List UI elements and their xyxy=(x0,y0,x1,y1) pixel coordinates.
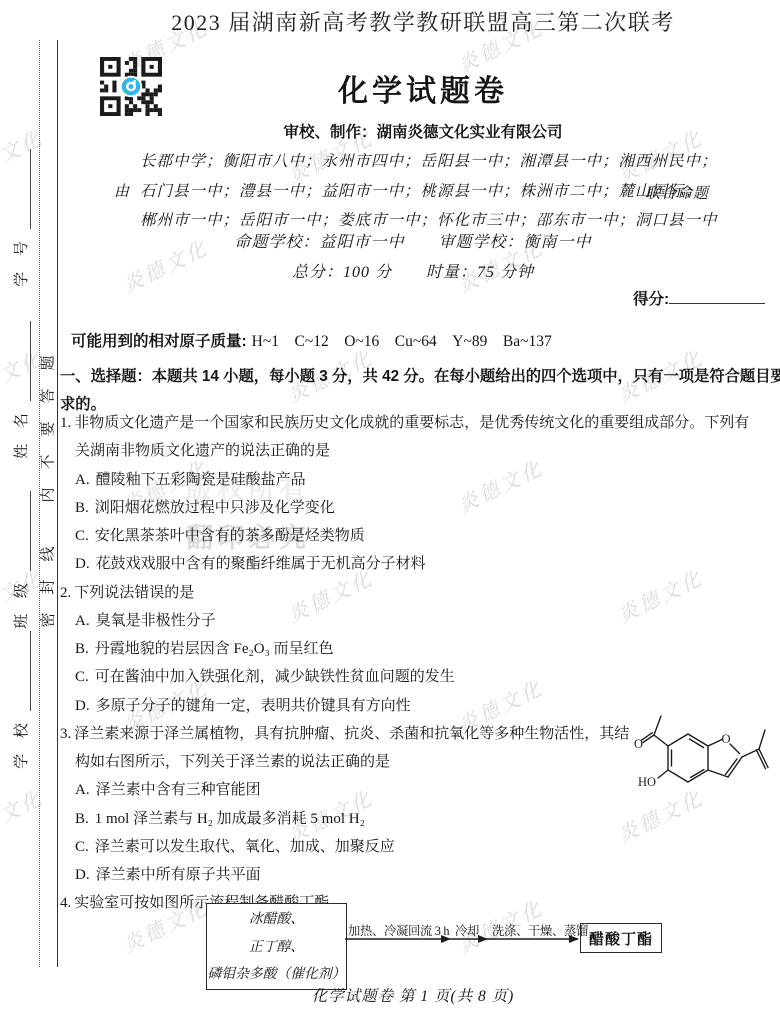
margin-field-label: 学 校 xyxy=(10,717,31,769)
score-field: 得分: xyxy=(633,287,765,309)
watermark-text: 炎德文化 xyxy=(0,782,48,848)
question-line: C.泽兰素可以发生取代、氧化、加成、加聚反应 xyxy=(60,836,395,858)
option-label: C. xyxy=(75,839,89,855)
question-number: 2. xyxy=(60,585,71,601)
option-label: A. xyxy=(75,472,90,488)
question-stem: 非物质文化遗产是一个国家和民族历史文化成就的重要标志，是优秀传统文化的重要组成部… xyxy=(74,415,749,431)
option-label: A. xyxy=(75,613,90,629)
question-line: D.多原子分子的键角一定，表明共价键具有方向性 xyxy=(60,695,411,717)
question-line: B.丹霞地貌的岩层因含 Fe₂O₃ 而呈红色 xyxy=(60,638,334,660)
question-line: A.醴陵釉下五彩陶瓷是硅酸盐产品 xyxy=(60,469,306,491)
question-line: A.泽兰素中含有三种官能团 xyxy=(60,779,261,801)
option-label: D. xyxy=(75,698,90,714)
margin-field-4: 学 校 xyxy=(11,625,31,775)
question-number: 1. xyxy=(60,415,71,431)
flow-step-label: 洗涤、干燥、蒸馏 xyxy=(492,921,588,939)
score-blank-line xyxy=(669,288,765,304)
option-label: B. xyxy=(75,811,89,827)
producer-line: 审校、制作：湖南炎德文化实业有限公司 xyxy=(70,120,776,142)
option-label: C. xyxy=(75,669,89,685)
margin-field-3: 班 级 xyxy=(11,485,31,635)
option-text: 花鼓戏戏服中含有的聚酯纤维属于无机高分子材料 xyxy=(96,556,426,572)
seal-dotted-line xyxy=(39,40,40,967)
question-line: D.泽兰素中所有原子共平面 xyxy=(60,864,261,886)
option-text: 泽兰素中所有原子共平面 xyxy=(96,867,261,883)
joint-proposition-label: 联合命题 xyxy=(645,182,709,203)
option-text: 臭氧是非极性分子 xyxy=(96,613,216,629)
option-label: C. xyxy=(75,528,89,544)
question-line: D.花鼓戏戏服中含有的聚酯纤维属于无机高分子材料 xyxy=(60,553,426,575)
exam-page: 炎德文化炎德文化炎德文化炎德文化炎德文化炎德文化炎德文化炎德文化炎德文化炎德文化… xyxy=(0,0,780,1015)
molecule-structure: O O HO xyxy=(633,701,778,825)
school-list: 长郡中学；衡阳市八中；永州市四中；岳阳县一中；湘潭县一中；湘西州民中；石门县一中… xyxy=(140,147,718,236)
option-label: D. xyxy=(75,867,90,883)
flow-input-line: 正丁醇、 xyxy=(249,933,304,961)
margin-field-label: 学 号 xyxy=(10,235,31,287)
flow-step-label: 冷却 xyxy=(455,921,479,939)
margin-field-2: 姓 名 xyxy=(11,315,31,465)
question-line: 3.泽兰素来源于泽兰属植物，具有抗肿瘤、抗炎、杀菌和抗氧化等多种生物活性，其结 xyxy=(60,723,629,745)
watermark-text: 炎德文化 xyxy=(452,452,547,518)
seal-instruction-upper: 内不要答题 xyxy=(37,337,58,502)
option-text: 安化黑茶茶叶中含有的茶多酚是烃类物质 xyxy=(95,528,365,544)
option-text: 醴陵釉下五彩陶瓷是硅酸盐产品 xyxy=(96,472,306,488)
atomic-mass-values: H~1 C~12 O~16 Cu~64 Y~89 Ba~137 xyxy=(252,333,552,350)
question-line: A.臭氧是非极性分子 xyxy=(60,610,216,632)
flow-input-box: 冰醋酸、正丁醇、磷钼杂多酸（催化剂） xyxy=(206,903,347,990)
question-line: 1.非物质文化遗产是一个国家和民族历史文化成就的重要标志，是优秀传统文化的重要组… xyxy=(60,412,749,434)
option-text: 浏阳烟花燃放过程中只涉及化学变化 xyxy=(95,500,335,516)
watermark-text: 炎德文化 xyxy=(612,562,707,628)
carbonyl-oxygen-label: O xyxy=(634,737,643,751)
joint-by-char: 由 xyxy=(114,180,129,201)
question-line: C.可在酱油中加入铁强化剂，减少缺铁性贫血问题的发生 xyxy=(60,666,455,688)
question-stem: 泽兰素来源于泽兰属植物，具有抗肿瘤、抗炎、杀菌和抗氧化等多种生物活性，其结 xyxy=(74,726,629,742)
option-text: 可在酱油中加入铁强化剂，减少缺铁性贫血问题的发生 xyxy=(95,669,455,685)
setter-school-line: 命题学校：益阳市一中 审题学校：衡南一中 xyxy=(60,229,766,252)
question-line: 构如右图所示，下列关于泽兰素的说法正确的是 xyxy=(60,751,390,773)
question-line: B.浏阳烟花燃放过程中只涉及化学变化 xyxy=(60,497,335,519)
margin-field-blank xyxy=(15,491,31,571)
option-text: 泽兰素中含有三种官能团 xyxy=(96,782,261,798)
atomic-mass-label: 可能用到的相对原子质量: xyxy=(71,333,247,350)
margin-field-label: 班 级 xyxy=(10,577,31,629)
margin-field-blank xyxy=(15,149,31,229)
margin-field-blank xyxy=(15,321,31,401)
page-footer: 化学试题卷 第 1 页(共 8 页) xyxy=(60,984,766,1006)
option-text: 多原子分子的键角一定，表明共价键具有方向性 xyxy=(96,698,411,714)
margin-field-1: 学 号 xyxy=(11,143,31,293)
question-line: 2.下列说法错误的是 xyxy=(60,582,194,604)
score-label: 得分: xyxy=(633,291,669,308)
total-score-duration-line: 总分：100 分 时量：75 分钟 xyxy=(60,259,766,282)
option-label: A. xyxy=(75,782,90,798)
seal-instruction-lower: 密封线 xyxy=(37,528,58,627)
margin-field-blank xyxy=(15,631,31,711)
section-header-line: 一、选择题：本题共 14 小题，每小题 3 分，共 42 分。在每小题给出的四个… xyxy=(60,366,772,394)
margin-field-label: 姓 名 xyxy=(10,407,31,459)
atomic-mass-line: 可能用到的相对原子质量:H~1 C~12 O~16 Cu~64 Y~89 Ba~… xyxy=(71,329,552,351)
question-line: B.1 mol 泽兰素与 H₂ 加成最多消耗 5 mol H₂ xyxy=(60,808,365,830)
flow-input-line: 冰醋酸、 xyxy=(249,905,304,933)
option-label: B. xyxy=(75,500,89,516)
hydroxyl-label: HO xyxy=(638,775,656,789)
option-text: 泽兰素可以发生取代、氧化、加成、加聚反应 xyxy=(95,839,395,855)
school-list-line: 长郡中学；衡阳市八中；永州市四中；岳阳县一中；湘潭县一中；湘西州民中； xyxy=(140,147,718,177)
question-number: 4. xyxy=(60,895,71,911)
option-text: 1 mol 泽兰素与 H₂ 加成最多消耗 5 mol H₂ xyxy=(95,811,365,827)
option-label: B. xyxy=(75,641,89,657)
paper-title: 化学试题卷 xyxy=(70,66,776,110)
question-number: 3. xyxy=(60,726,71,742)
ring-oxygen-label: O xyxy=(721,732,730,746)
school-list-line: 石门县一中；澧县一中；益阳市一中；桃源县一中；株洲市二中；麓山国际； xyxy=(140,177,718,207)
exam-title: 2023 届湖南新高考教学教研联盟高三第二次联考 xyxy=(70,6,776,37)
arrowhead-2 xyxy=(478,935,488,943)
option-text: 丹霞地貌的岩层因含 Fe₂O₃ 而呈红色 xyxy=(95,641,334,657)
question-stem: 下列说法错误的是 xyxy=(74,585,194,601)
question-line: C.安化黑茶茶叶中含有的茶多酚是烃类物质 xyxy=(60,525,365,547)
question-line: 关湖南非物质文化遗产的说法正确的是 xyxy=(60,440,330,462)
flow-product-box: 醋酸丁酯 xyxy=(580,923,662,953)
seal-solid-line xyxy=(57,40,58,967)
option-label: D. xyxy=(75,556,90,572)
flow-step-label: 加热、冷凝回流 3 h xyxy=(348,921,449,939)
